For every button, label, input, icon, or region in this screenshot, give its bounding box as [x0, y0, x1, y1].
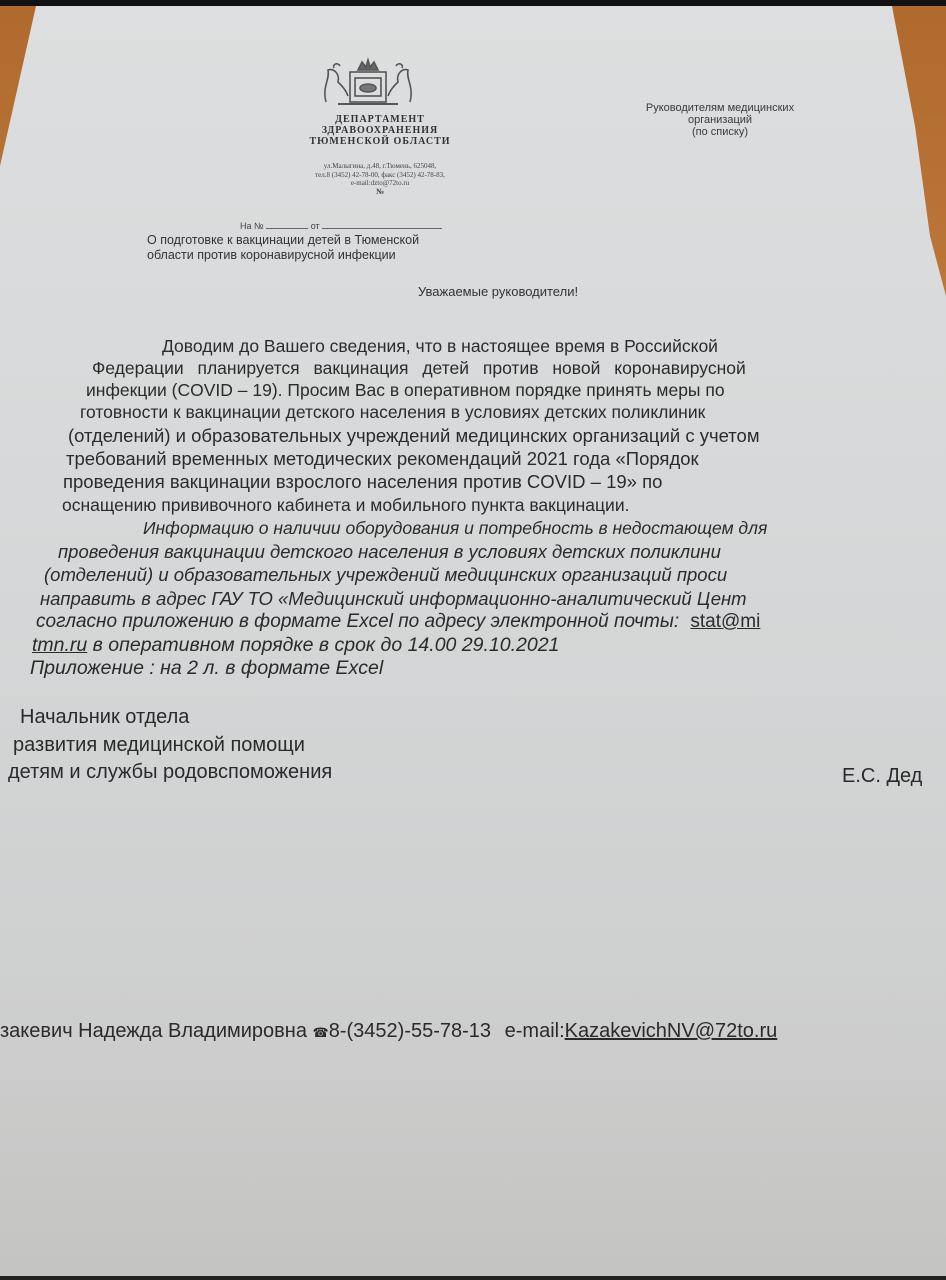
body-line: требований временных методических рекоме…: [66, 448, 699, 470]
org-address: ул.Малыгина, д.48, г.Тюмень, 625048, тел…: [240, 162, 520, 196]
body-line: согласно приложению в формате Excel по а…: [36, 611, 679, 632]
tyumen-coat-of-arms-icon: [318, 56, 418, 110]
salutation: Уважаемые руководители!: [418, 284, 578, 299]
org-line: ЗДРАВООХРАНЕНИЯ: [240, 125, 520, 136]
body-line: (отделений) и образовательных учреждений…: [68, 425, 760, 447]
ref-from-label: от: [311, 221, 320, 231]
addressee-line: Руководителям медицинских: [590, 102, 850, 114]
executor-contact-line: закевич Надежда Владимировна ☎8-(3452)-5…: [0, 1020, 777, 1043]
body-line: Доводим до Вашего сведения, что в настоя…: [162, 336, 718, 357]
attachment-note: Приложение : на 2 л. в формате Excel: [30, 657, 383, 680]
org-line: ДЕПАРТАМЕНТ: [240, 114, 520, 125]
signatory-name: Е.С. Дед: [842, 765, 922, 788]
ref-number-label: На №: [240, 221, 264, 231]
org-name: ДЕПАРТАМЕНТ ЗДРАВООХРАНЕНИЯ ТЮМЕНСКОЙ ОБ…: [240, 114, 520, 147]
deadline-line: tmn.ru в оперативном порядке в срок до 1…: [32, 634, 559, 657]
subject-line: О подготовке к вакцинации детей в Тюменс…: [147, 233, 419, 248]
body-line: проведения вакцинации детского населения…: [58, 541, 721, 563]
email-link-part2[interactable]: tmn.ru: [32, 634, 87, 656]
executor-phone: 8-(3452)-55-78-13: [329, 1020, 491, 1042]
deadline-text: в оперативном порядке в срок до 14.00 29…: [87, 634, 559, 656]
email-instruction-line: согласно приложению в формате Excel по а…: [36, 611, 760, 633]
body-line: готовности к вакцинации детского населен…: [80, 402, 705, 423]
body-line: инфекции (COVID – 19). Просим Вас в опер…: [86, 380, 725, 401]
email-label: e-mail:: [505, 1020, 565, 1042]
executor-email-link[interactable]: KazakevichNV@72to.ru: [565, 1020, 778, 1042]
body-line: проведения вакцинации взрослого населени…: [63, 471, 662, 493]
email-link-part1[interactable]: stat@mi: [690, 611, 760, 632]
addressee-line: организаций: [590, 114, 850, 126]
body-line: Федерации планируется вакцинация детей п…: [92, 358, 746, 379]
body-line: Информацию о наличии оборудования и потр…: [143, 518, 767, 539]
photo-bottom-border: [0, 1276, 946, 1280]
address-line: тел.8 (3452) 42-78-00, факс (3452) 42-78…: [240, 171, 520, 180]
subject-block: О подготовке к вакцинации детей в Тюменс…: [147, 233, 419, 263]
addressee-block: Руководителям медицинских организаций (п…: [590, 102, 850, 138]
telephone-icon: ☎: [313, 1025, 329, 1040]
reference-line: На № от: [240, 221, 442, 231]
signatory-title-line: детям и службы родовспоможения: [8, 761, 332, 784]
executor-name: закевич Надежда Владимировна: [0, 1020, 307, 1042]
org-line: ТЮМЕНСКОЙ ОБЛАСТИ: [240, 136, 520, 147]
body-line: (отделений) и образовательных учреждений…: [44, 564, 727, 586]
number-label: №: [240, 188, 520, 197]
photo-top-border: [0, 0, 946, 6]
address-line: ул.Малыгина, д.48, г.Тюмень, 625048,: [240, 162, 520, 171]
body-line: оснащению прививочного кабинета и мобиль…: [62, 495, 629, 516]
subject-line: области против коронавирусной инфекции: [147, 248, 419, 263]
body-line: направить в адрес ГАУ ТО «Медицинский ин…: [40, 588, 747, 610]
signatory-title-line: Начальник отдела: [20, 706, 189, 729]
addressee-line: (по списку): [590, 126, 850, 138]
signatory-title-line: развития медицинской помощи: [13, 734, 305, 757]
